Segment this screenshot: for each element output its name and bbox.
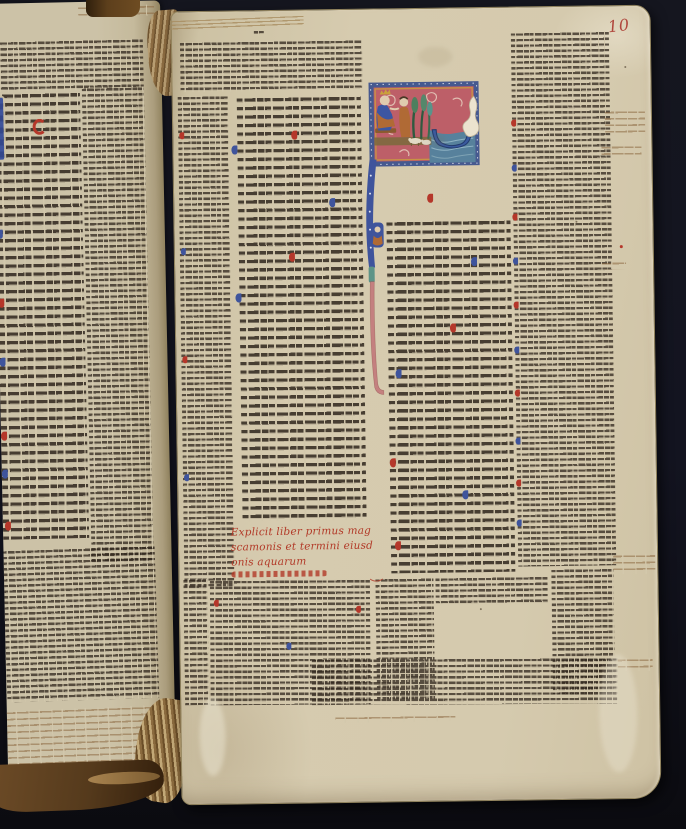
illuminated-initial-panel — [0, 98, 4, 160]
paraph-mark — [0, 230, 3, 239]
paraph-mark — [511, 120, 516, 127]
paraph-mark — [517, 520, 522, 527]
quire-mark — [254, 30, 264, 36]
red-flourish — [367, 567, 385, 581]
paraph-mark — [512, 214, 517, 221]
paraph-mark — [5, 522, 11, 531]
folio-number: 10 — [607, 15, 631, 37]
paraph-mark — [2, 470, 8, 479]
manuscript-photo: 10 Explicit liber primus mag scamonis et… — [0, 0, 686, 829]
paraph-mark — [471, 257, 477, 266]
miniature — [368, 81, 479, 167]
facing-lower-gloss — [3, 546, 160, 703]
facing-gloss-column — [82, 87, 154, 564]
penwork-initial-descender — [360, 159, 385, 399]
speck — [620, 245, 623, 248]
paraph-mark — [214, 600, 219, 607]
margin-note — [602, 261, 626, 269]
paraph-mark — [514, 302, 519, 309]
paraph-mark — [512, 165, 517, 172]
paraph-mark — [286, 643, 291, 650]
paraph-mark — [0, 358, 6, 367]
miniature-illustration — [368, 81, 479, 167]
left-gloss-column — [178, 96, 235, 589]
paraph-mark — [181, 248, 186, 255]
paraph-mark — [231, 145, 237, 154]
inhabited-initial — [370, 221, 385, 248]
paraph-mark — [291, 131, 297, 140]
margin-note — [601, 145, 641, 160]
rubric-flourish — [231, 570, 327, 577]
paraph-mark — [179, 132, 184, 139]
leather-binding-edge — [0, 759, 165, 813]
paraph-mark — [513, 258, 518, 265]
speck — [575, 221, 577, 223]
main-text-column-a — [237, 96, 367, 522]
paraph-mark — [514, 347, 519, 354]
bottom-left-gloss-column — [183, 579, 209, 705]
bottom-gloss-rows — [435, 576, 547, 606]
red-initial — [32, 119, 46, 135]
paraph-mark — [182, 356, 187, 363]
bottom-wide-gloss-rows — [312, 658, 618, 706]
paraph-mark — [184, 474, 189, 481]
paraph-mark — [427, 194, 433, 203]
paraph-mark — [289, 253, 295, 262]
paraph-mark — [329, 198, 335, 207]
paraph-mark — [0, 299, 4, 308]
top-gloss-band — [180, 40, 363, 93]
paraph-mark — [515, 438, 520, 445]
parchment-stain — [199, 698, 226, 776]
paraph-mark — [516, 480, 521, 487]
underleaf-edge-lines — [172, 16, 304, 30]
manuscript-page: 10 Explicit liber primus mag scamonis et… — [170, 5, 661, 806]
paraph-mark — [1, 432, 7, 441]
margin-note — [605, 110, 645, 137]
margin-note — [613, 554, 655, 575]
speck — [624, 66, 626, 68]
rubric-line: onis aquarum — [231, 554, 373, 571]
paraph-mark — [235, 293, 241, 302]
bottom-mid-gloss-column — [375, 578, 435, 701]
paraph-mark — [356, 606, 361, 613]
explicit-rubric: Explicit liber primus mag scamonis et te… — [231, 524, 374, 578]
facing-top-gloss — [0, 39, 144, 92]
speck — [480, 608, 482, 610]
facing-page — [0, 0, 176, 769]
binding-tear — [86, 0, 140, 17]
paraph-mark — [395, 541, 401, 550]
bottom-gloss-block — [210, 579, 371, 705]
faint-bottom-line — [335, 714, 455, 723]
main-text-column-b — [386, 220, 515, 574]
paraph-mark — [515, 390, 520, 397]
paraph-mark — [462, 490, 468, 499]
parchment-stain — [599, 654, 639, 773]
parchment-stain — [418, 46, 452, 66]
facing-main-text-column — [0, 92, 89, 540]
paraph-mark — [450, 323, 456, 332]
paraph-mark — [395, 369, 401, 378]
paraph-mark — [390, 458, 396, 467]
right-gloss-column — [511, 31, 616, 566]
rubric-line: scamonis et termini eiusd — [231, 539, 373, 556]
